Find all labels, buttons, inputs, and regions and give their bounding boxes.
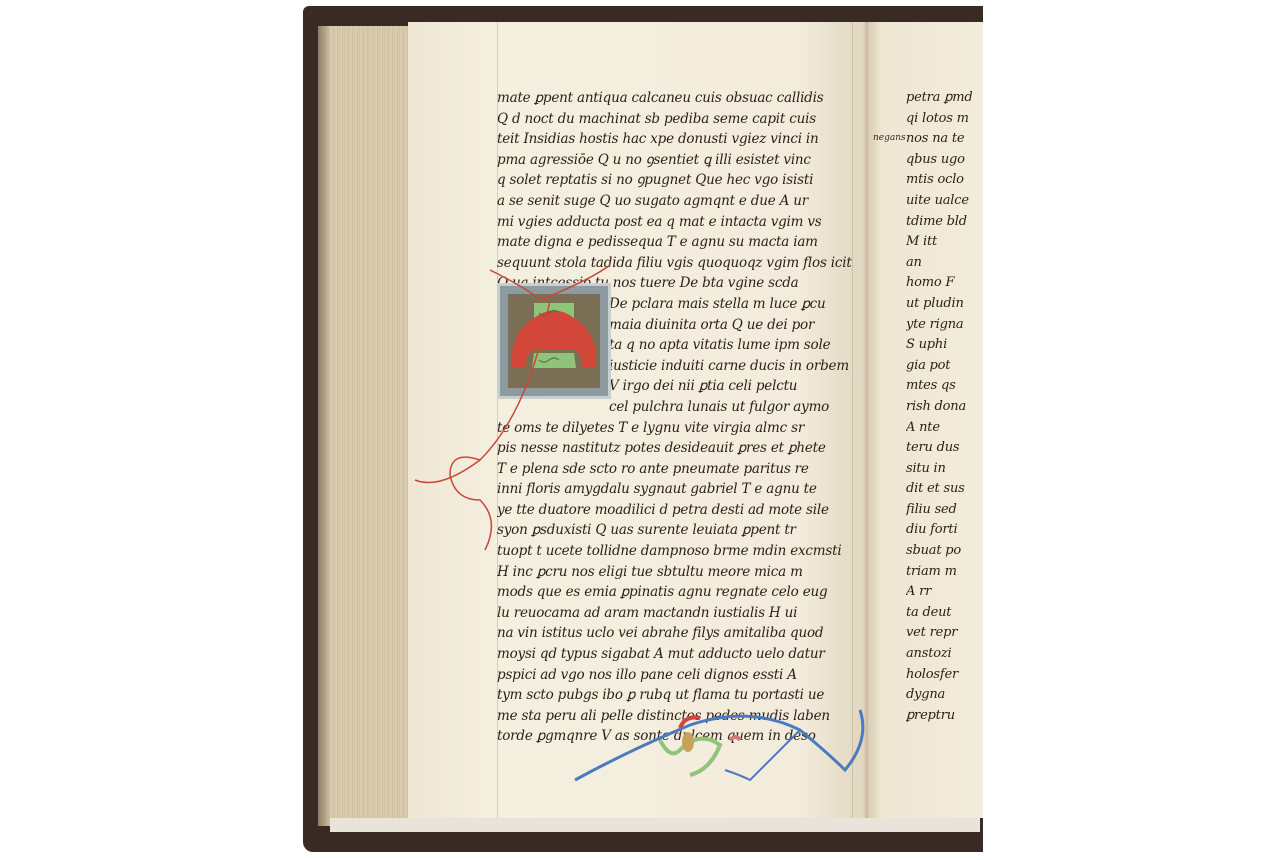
manuscript-line: diu forti	[906, 520, 981, 541]
manuscript-line: mate digna e pedissequa T e agnu su mact…	[497, 232, 852, 253]
bottom-border-decoration	[570, 700, 870, 790]
manuscript-line: a se senit suge Q uo sugato agmqnt e due…	[497, 191, 852, 212]
manuscript-line: na vin istitus uclo vei abrahe filys ami…	[497, 623, 852, 644]
manuscript-line: mtes qs	[906, 376, 981, 397]
manuscript-line: A nte	[906, 418, 981, 439]
manuscript-line: situ in	[906, 459, 981, 480]
manuscript-line: mate ꝑpent antiqua calcaneu cuis obsuac …	[497, 88, 852, 109]
manuscript-line: ta deut	[906, 603, 981, 624]
manuscript-line: homo F	[906, 273, 981, 294]
manuscript-line: S uphi	[906, 335, 981, 356]
manuscript-line: an	[906, 253, 981, 274]
manuscript-line: anstozi	[906, 644, 981, 665]
manuscript-line: teit Insidias hostis hac xpe donusti vgi…	[497, 129, 852, 150]
red-pen-flourish	[410, 260, 630, 590]
manuscript-line: holosfer	[906, 665, 981, 686]
manuscript-line: rish dona	[906, 397, 981, 418]
manuscript-line: yte rigna	[906, 315, 981, 336]
manuscript-line: q solet reptatis si no ꝯpugnet Que hec v…	[497, 170, 852, 191]
ruling-line	[852, 22, 853, 818]
page-edge-shadow	[318, 26, 330, 826]
manuscript-line: tdime bld	[906, 212, 981, 233]
manuscript-line: pma agressiōe Q u no ꝯsentiet ꝗ illi esi…	[497, 150, 852, 171]
manuscript-line: A rr	[906, 582, 981, 603]
manuscript-line: qbus ugo	[906, 150, 981, 171]
manuscript-line: ut pludin	[906, 294, 981, 315]
manuscript-line: lu reuocama ad aram mactandn iustialis H…	[497, 603, 852, 624]
manuscript-line: Q d noct du machinat sb pediba seme capi…	[497, 109, 852, 130]
manuscript-line: moysi qd typus sigabat A mut adducto uel…	[497, 644, 852, 665]
binding-bottom-edge	[330, 818, 980, 832]
manuscript-line: triam m	[906, 562, 981, 583]
manuscript-line: uite ualce	[906, 191, 981, 212]
manuscript-line: pspici ad vgo nos illo pane celi dignos …	[497, 665, 852, 686]
manuscript-line: mtis oclo	[906, 170, 981, 191]
manuscript-line: dygna	[906, 685, 981, 706]
manuscript-line: qi lotos m	[906, 109, 981, 130]
manuscript-line: ꝑreptru	[906, 706, 981, 727]
manuscript-line: nos na te	[906, 129, 981, 150]
manuscript-line: gia pot	[906, 356, 981, 377]
manuscript-line: dit et sus	[906, 479, 981, 500]
page-edges	[318, 26, 410, 826]
margin-note: negans	[873, 133, 906, 143]
manuscript-line: teru dus	[906, 438, 981, 459]
manuscript-line: M itt	[906, 232, 981, 253]
manuscript-line: petra ꝑmd	[906, 88, 981, 109]
right-page-text: petra ꝑmdqi lotos mnos na teqbus ugomtis…	[906, 88, 981, 726]
manuscript-line: vet repr	[906, 623, 981, 644]
manuscript-line: filiu sed	[906, 500, 981, 521]
manuscript-line: mi vgies adducta post ea q mat e intacta…	[497, 212, 852, 233]
manuscript-line: sbuat po	[906, 541, 981, 562]
